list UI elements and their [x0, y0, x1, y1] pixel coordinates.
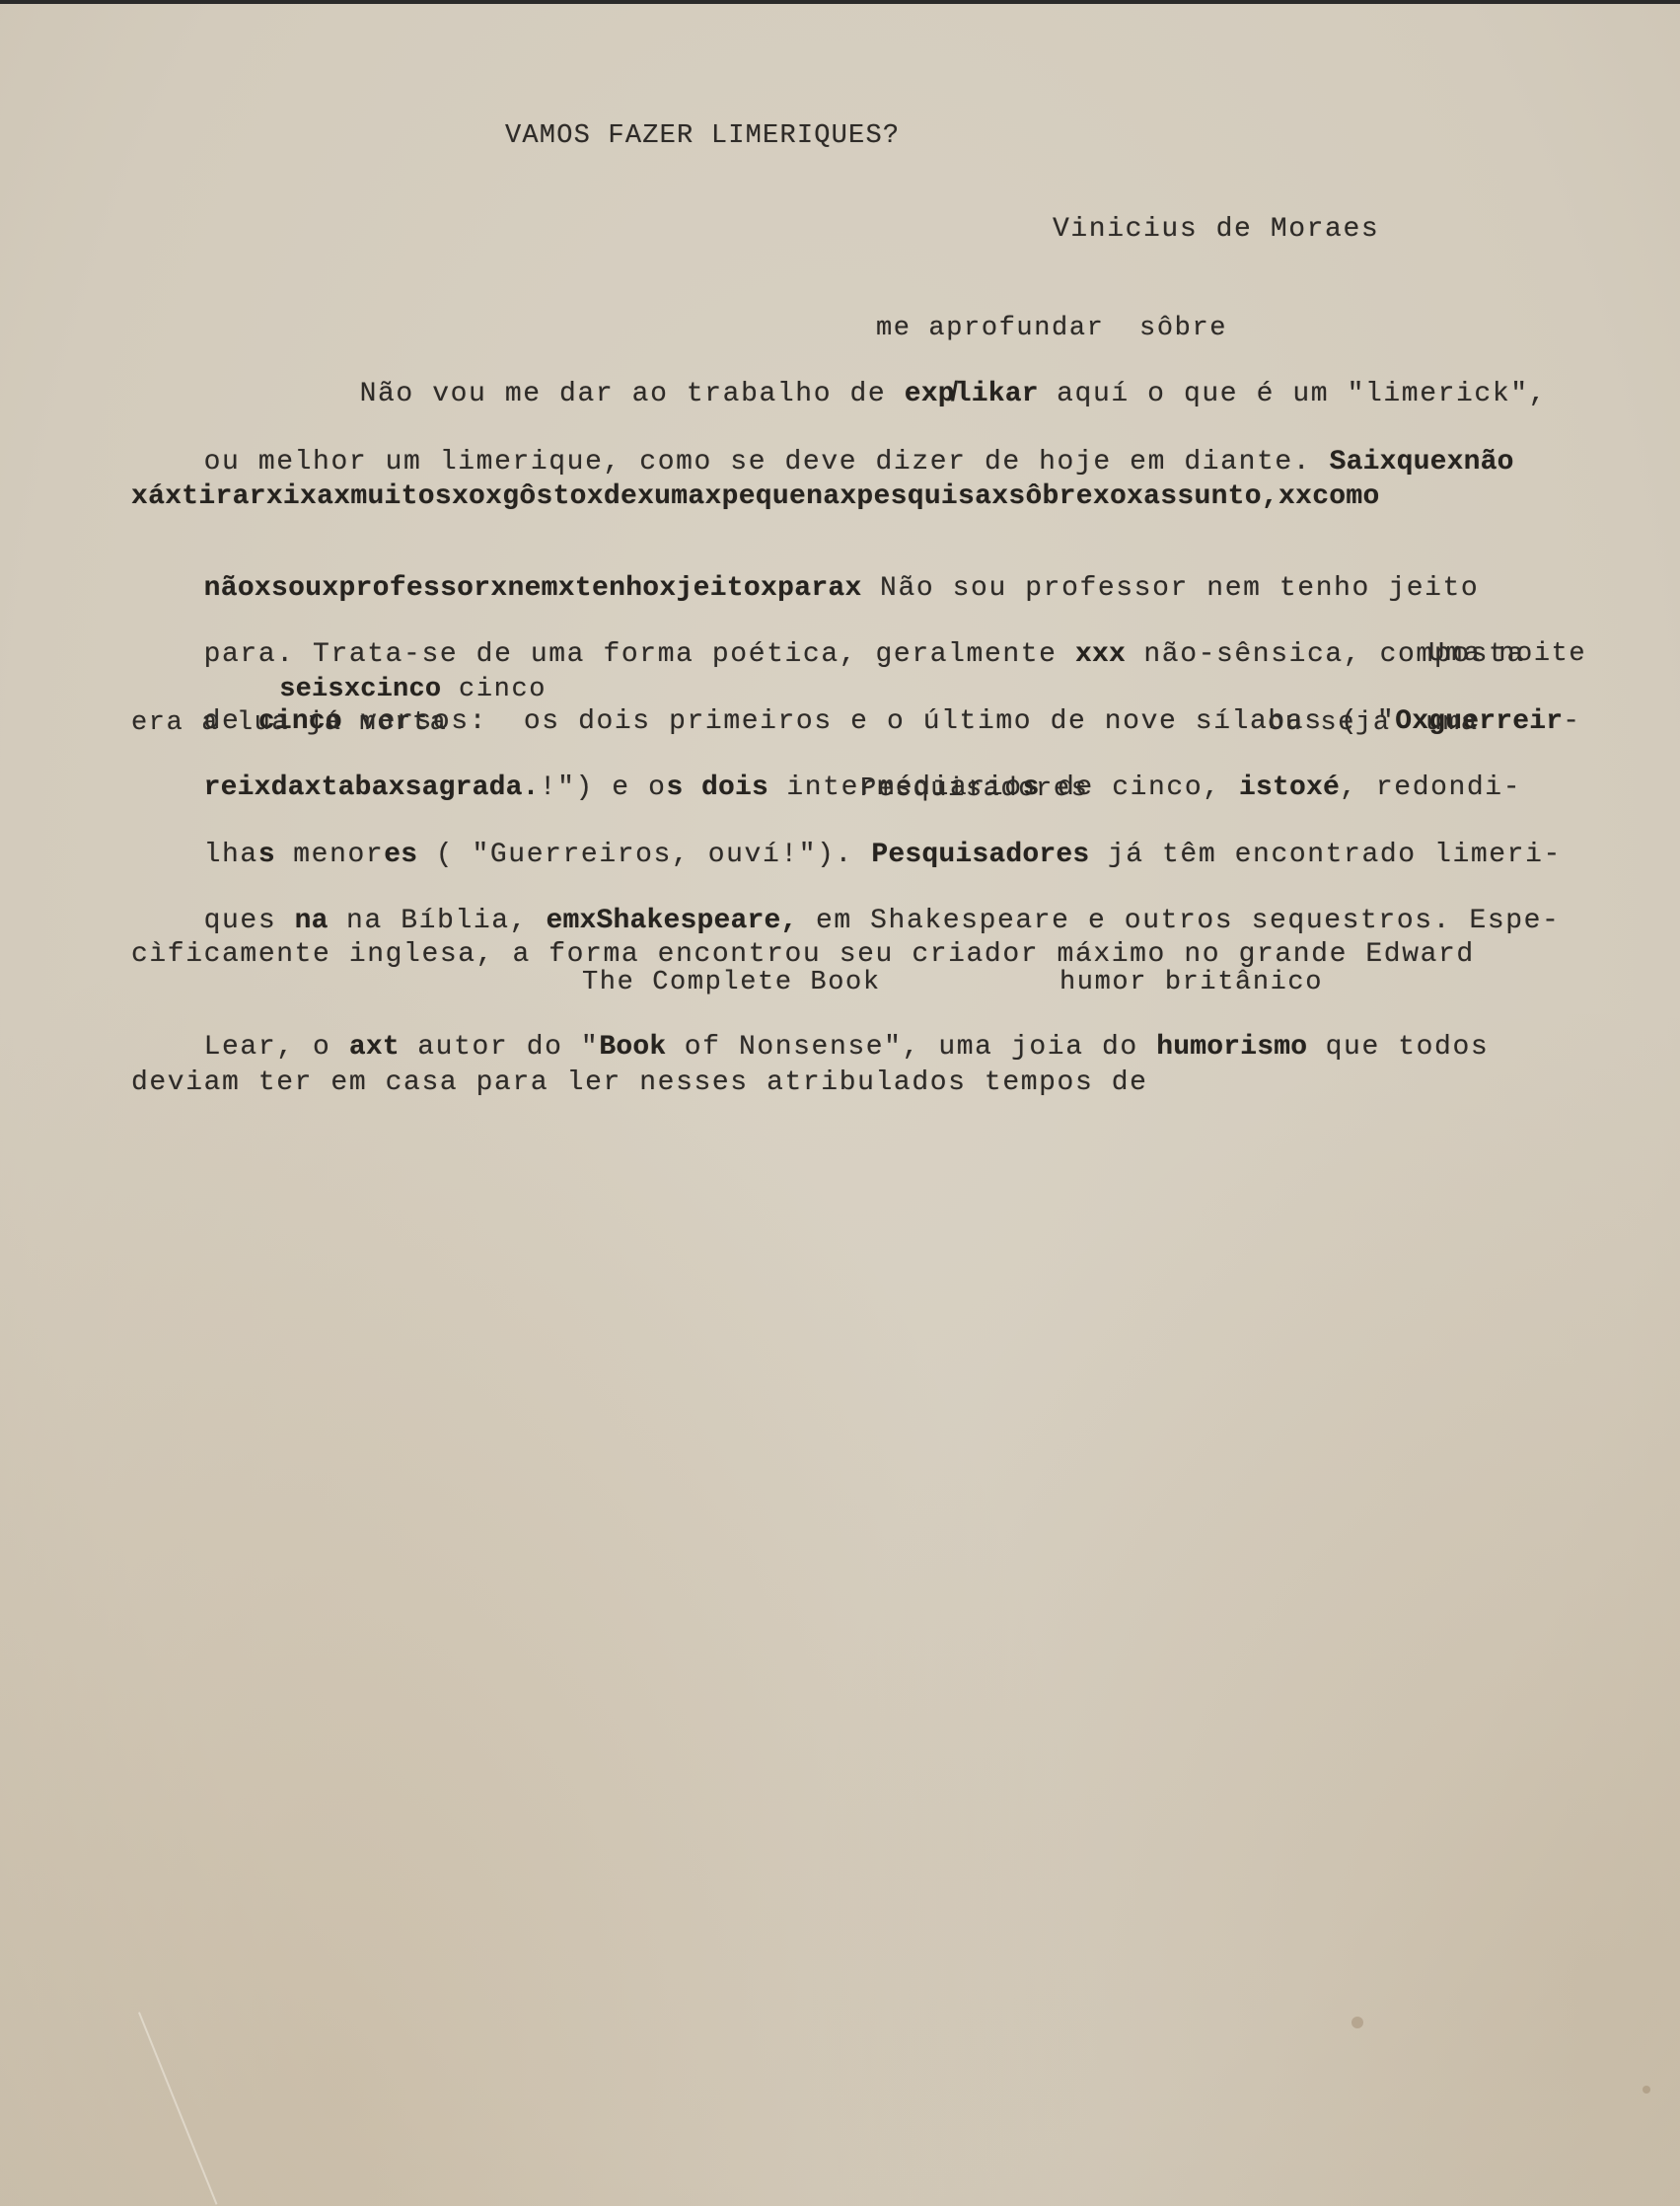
- insertion-line: Uma noite: [1428, 638, 1586, 670]
- struck-text: dois: [701, 772, 768, 803]
- struck-text: Book: [599, 1032, 666, 1063]
- body-text: of Nonsense", uma joia do: [666, 1032, 1156, 1063]
- struck-text: s: [667, 772, 684, 803]
- body-text: ou melhor um limerique, como se deve diz…: [204, 447, 1330, 478]
- insertion-line: Pesquisadores: [860, 773, 1088, 805]
- body-text: -: [1563, 706, 1580, 737]
- body-text: [684, 772, 701, 803]
- paper-crease: [138, 2012, 218, 2204]
- insertion-line: humor britânico: [1059, 967, 1323, 998]
- body-text: lha: [204, 840, 258, 870]
- struck-text: reixdaxtabaxsagrada.: [204, 772, 540, 803]
- body-text: ques: [204, 906, 295, 936]
- paper-stain: [1643, 2086, 1650, 2094]
- struck-text: exp̸likar: [905, 379, 1039, 409]
- body-text: que todos: [1307, 1032, 1489, 1063]
- document-author: Vinicius de Moraes: [1053, 214, 1379, 246]
- body-text: autor do ": [400, 1032, 599, 1063]
- body-text: versos: os dois primeiros e o último de …: [342, 706, 1395, 737]
- body-text: Não sou professor nem tenho jeito: [862, 573, 1480, 604]
- struck-text: es: [384, 840, 417, 870]
- struck-text: humorismo: [1156, 1032, 1307, 1063]
- insertion-line: The Complete Book: [582, 967, 881, 998]
- struck-text: Pesquisadores: [871, 840, 1089, 870]
- document-title: VAMOS FAZER LIMERIQUES?: [505, 120, 900, 152]
- body-text: menor: [275, 840, 384, 870]
- body-text: já têm encontrado limeri-: [1089, 840, 1561, 870]
- struck-text: istoxé: [1239, 772, 1340, 803]
- body-line: deviam ter em casa para ler nesses atrib…: [131, 1067, 1148, 1099]
- body-text: ( "Guerreiros, ouví!").: [417, 840, 871, 870]
- struck-text: Saixquexnão: [1330, 447, 1514, 478]
- struck-line: xáxtirarxixaxmuitosxoxgôstoxdexumaxpeque…: [131, 481, 1380, 513]
- insertion-line: ou seja uma: [1268, 707, 1479, 739]
- struck-text: axt: [349, 1032, 400, 1063]
- struck-text: nãoxsouxprofessorxnemxtenhoxjeitoxparax: [204, 573, 862, 604]
- struck-text: s: [258, 840, 275, 870]
- manuscript-page: VAMOS FAZER LIMERIQUES? Vinicius de Mora…: [0, 0, 1680, 2206]
- body-text: na Bíblia,: [329, 906, 547, 936]
- struck-text: na: [295, 906, 329, 936]
- paper-stain: [1351, 2017, 1363, 2028]
- body-text: aquí o que é um "limerick",: [1039, 379, 1547, 409]
- body-text: Não vou me dar ao trabalho de: [360, 379, 905, 409]
- body-text: !") e o: [540, 772, 667, 803]
- struck-text: xxx: [1075, 639, 1126, 670]
- insertion-line: era a lua já morta: [131, 707, 447, 739]
- body-text: , redondi-: [1340, 772, 1521, 803]
- struck-text: emxShakespeare,: [547, 906, 798, 936]
- insertion-line: me aprofundar sôbre: [876, 313, 1227, 344]
- body-text: em Shakespeare e outros sequestros. Espe…: [798, 906, 1561, 936]
- body-text: Lear, o: [204, 1032, 349, 1063]
